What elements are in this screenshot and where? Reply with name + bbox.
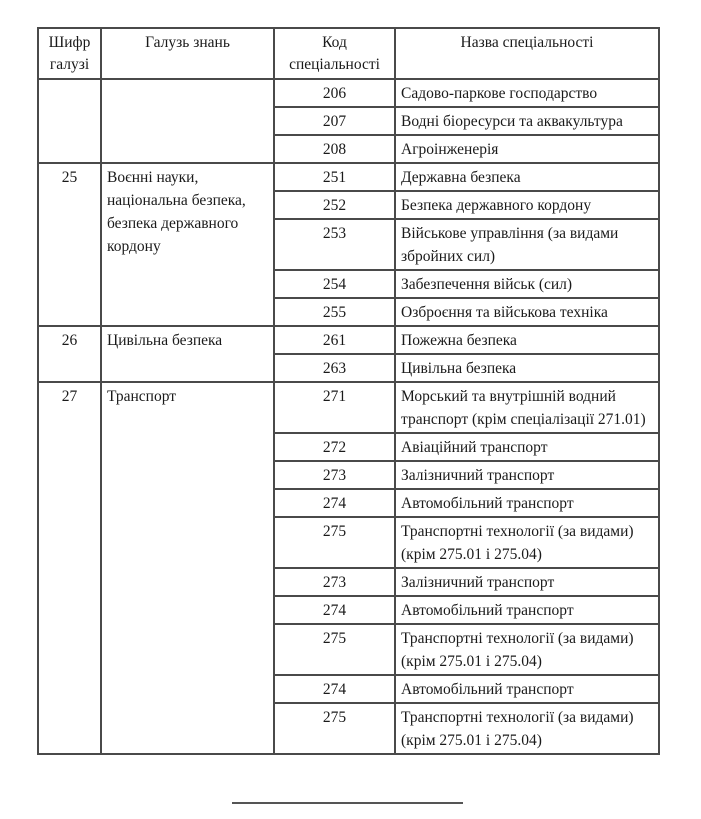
specialty-code-cell: 254 [274,270,395,298]
specialty-code-cell: 275 [274,517,395,568]
specialty-name-cell: Авіаційний транспорт [395,433,659,461]
specialty-code-cell: 273 [274,568,395,596]
specialty-name-cell: Автомобільний транспорт [395,489,659,517]
specialty-name-cell: Садово-паркове господарство [395,79,659,107]
specialty-code-cell: 272 [274,433,395,461]
specialty-name-cell: Автомобільний транспорт [395,675,659,703]
specialty-name-cell: Цивільна безпека [395,354,659,382]
specialty-code-cell: 261 [274,326,395,354]
specialty-code-cell: 274 [274,489,395,517]
table-body: 206Садово-паркове господарство207Водні б… [38,79,659,754]
specialty-code-cell: 271 [274,382,395,433]
specialty-code-cell: 275 [274,624,395,675]
specialty-code-cell: 208 [274,135,395,163]
specialty-name-cell: Агроінженерія [395,135,659,163]
specialties-table: Шифр галузі Галузь знань Код спеціальнос… [37,27,660,755]
specialty-name-cell: Військове управління (за видами збройних… [395,219,659,270]
specialty-name-cell: Транспортні технології (за видами) (крім… [395,624,659,675]
specialty-name-cell: Забезпечення військ (сил) [395,270,659,298]
table-row: 206Садово-паркове господарство [38,79,659,107]
specialty-code-cell: 275 [274,703,395,754]
specialty-code-cell: 273 [274,461,395,489]
specialty-name-cell: Державна безпека [395,163,659,191]
specialty-name-cell: Водні біоресурси та аквакультура [395,107,659,135]
branch-name-cell: Транспорт [101,382,274,754]
specialty-name-cell: Автомобільний транспорт [395,596,659,624]
branch-name-cell: Цивільна безпека [101,326,274,382]
specialty-name-cell: Морський та внутрішній водний транспорт … [395,382,659,433]
specialty-name-cell: Залізничний транспорт [395,461,659,489]
branch-code-cell [38,79,101,163]
branch-code-cell: 27 [38,382,101,754]
table-header: Шифр галузі Галузь знань Код спеціальнос… [38,28,659,79]
header-branch-name: Галузь знань [101,28,274,79]
specialty-name-cell: Залізничний транспорт [395,568,659,596]
specialty-code-cell: 207 [274,107,395,135]
table-row: 26Цивільна безпека261Пожежна безпека [38,326,659,354]
specialty-name-cell: Озброєння та військова техніка [395,298,659,326]
header-branch-code: Шифр галузі [38,28,101,79]
specialty-code-cell: 263 [274,354,395,382]
specialty-name-cell: Пожежна безпека [395,326,659,354]
specialty-code-cell: 206 [274,79,395,107]
header-spec-code: Код спеціальності [274,28,395,79]
branch-code-cell: 25 [38,163,101,326]
branch-code-cell: 26 [38,326,101,382]
specialty-code-cell: 251 [274,163,395,191]
specialty-code-cell: 274 [274,596,395,624]
footnote-separator [232,802,463,804]
specialty-code-cell: 253 [274,219,395,270]
table-row: 25Воєнні науки, національна безпека, без… [38,163,659,191]
specialty-name-cell: Транспортні технології (за видами) (крім… [395,517,659,568]
specialty-code-cell: 252 [274,191,395,219]
header-row: Шифр галузі Галузь знань Код спеціальнос… [38,28,659,79]
table-row: 27Транспорт271Морський та внутрішній вод… [38,382,659,433]
specialty-name-cell: Транспортні технології (за видами) (крім… [395,703,659,754]
specialty-name-cell: Безпека державного кордону [395,191,659,219]
specialty-code-cell: 255 [274,298,395,326]
branch-name-cell [101,79,274,163]
specialty-code-cell: 274 [274,675,395,703]
header-spec-name: Назва спеціальності [395,28,659,79]
branch-name-cell: Воєнні науки, національна безпека, безпе… [101,163,274,326]
